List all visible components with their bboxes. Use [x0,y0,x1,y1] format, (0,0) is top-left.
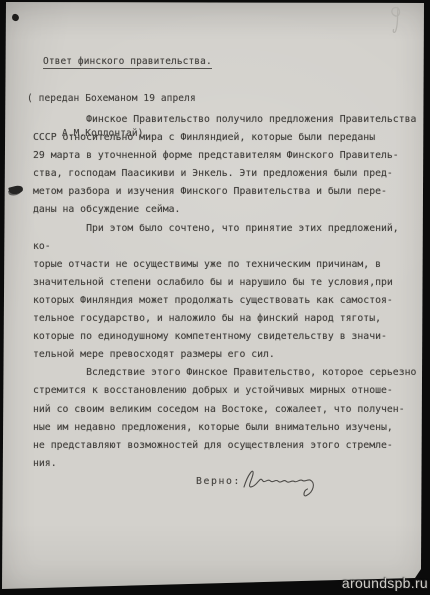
certification-line: Верно: [196,476,241,487]
handwritten-signature [240,463,320,497]
document-page: Ответ финского правительства. ( передан … [0,0,430,595]
verno-label: Верно: [196,476,241,487]
watermark: aroundspb.ru [342,575,428,591]
staple-mark-top [11,13,20,22]
document-title-line: Ответ финского правительства. [43,56,212,68]
paragraph-2: При этом было сочтено, что принятие этих… [33,220,419,365]
paragraph-1: Финское Правительство получило предложен… [33,111,419,220]
document-body: Финское Правительство получило предложен… [33,111,419,473]
header-subtitle-line1: ( передан Бохеманом 19 апреля [27,93,212,105]
document-title: Ответ финского правительства. [43,56,212,69]
document-scan: Ответ финского правительства. ( передан … [0,0,430,595]
pencil-page-number-icon [387,4,405,36]
paragraph-3: Вследствие этого Финское Правительство, … [33,364,419,473]
staple-mark-middle [8,184,24,195]
